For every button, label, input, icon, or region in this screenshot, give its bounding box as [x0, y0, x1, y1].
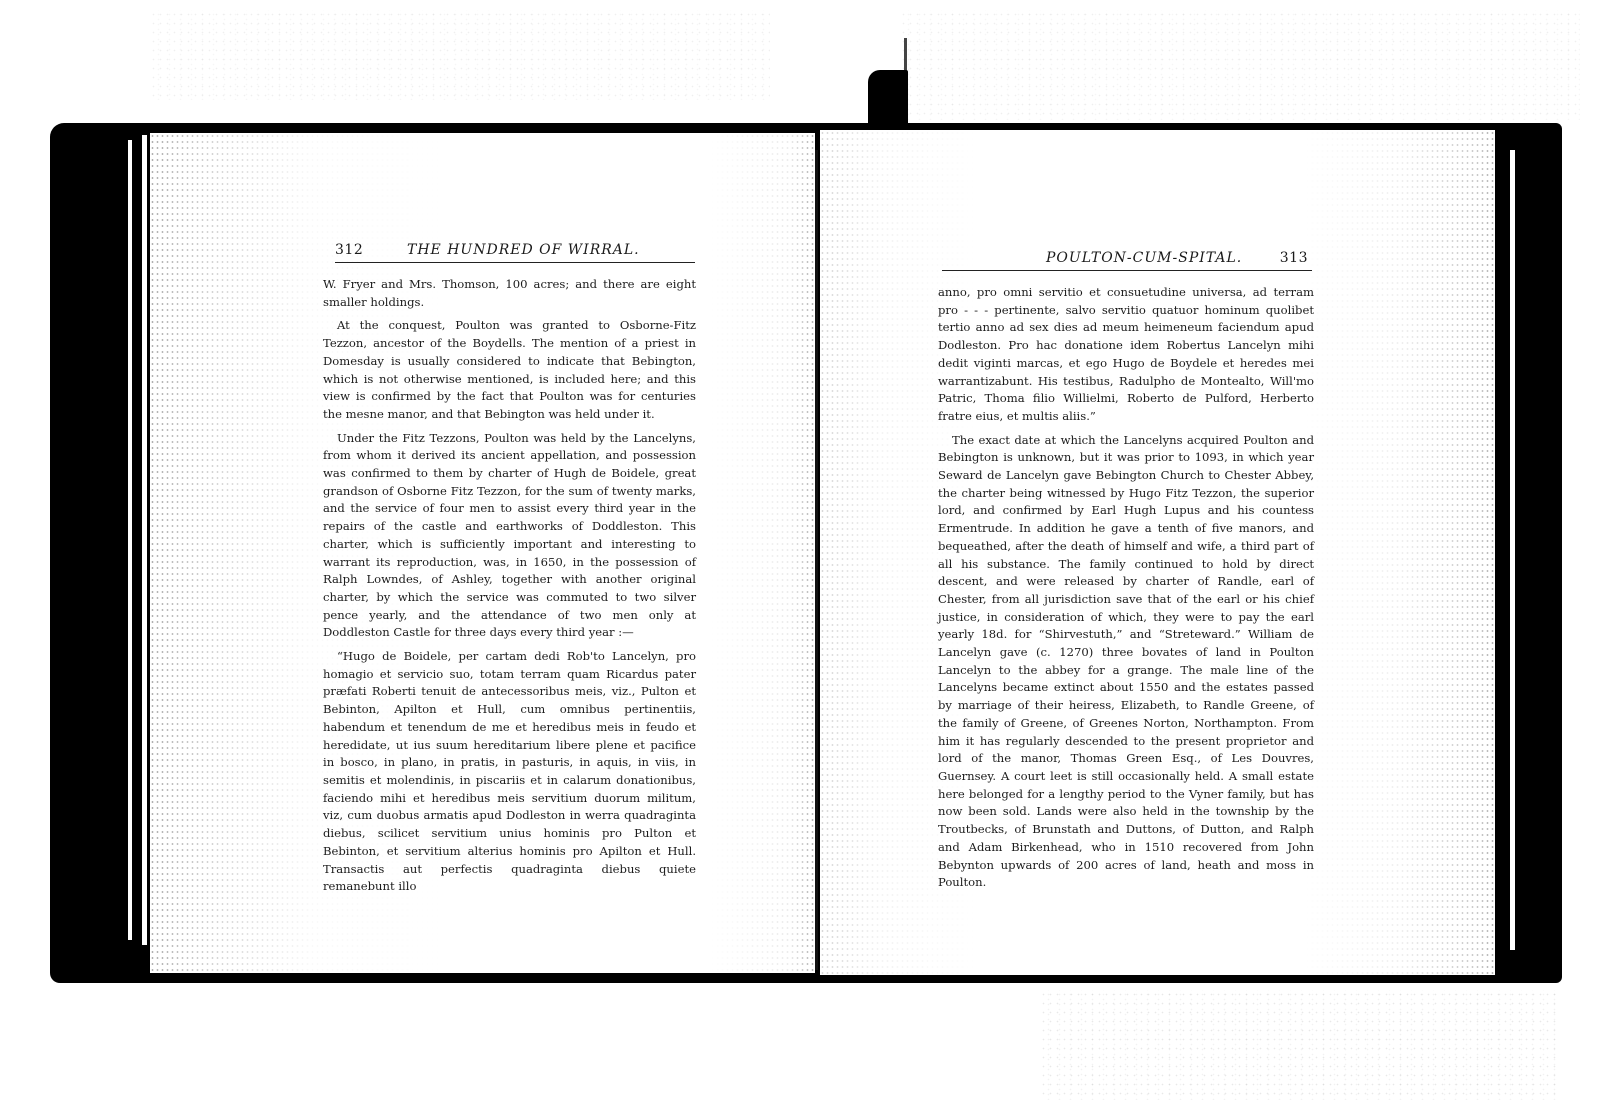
- left-page-body: W. Fryer and Mrs. Thomson, 100 acres; an…: [323, 276, 696, 902]
- paragraph: W. Fryer and Mrs. Thomson, 100 acres; an…: [323, 276, 696, 311]
- right-page-body: anno, pro omni servitio et consuetudine …: [938, 284, 1314, 898]
- scan-noise: [900, 10, 1580, 120]
- running-title: THE HUNDRED OF WIRRAL.: [407, 242, 640, 258]
- book-gutter: [815, 150, 818, 970]
- scan-noise: [150, 10, 770, 100]
- scan-noise: [1040, 990, 1560, 1100]
- running-title: POULTON-CUM-SPITAL.: [1046, 250, 1242, 266]
- page-number: 313: [1280, 250, 1308, 266]
- right-running-head: POULTON-CUM-SPITAL. 313: [942, 248, 1312, 271]
- page-edge: [128, 140, 132, 940]
- charter-quote: “Hugo de Boidele, per cartam dedi Rob'to…: [323, 648, 696, 896]
- charter-quote-continued: anno, pro omni servitio et consuetudine …: [938, 284, 1314, 426]
- page-number: 312: [335, 242, 363, 258]
- page-edge: [1510, 150, 1515, 950]
- page-edge: [142, 135, 147, 945]
- paragraph: Under the Fitz Tezzons, Poulton was held…: [323, 430, 696, 642]
- paragraph: At the conquest, Poulton was granted to …: [323, 317, 696, 423]
- left-running-head: 312 THE HUNDRED OF WIRRAL.: [335, 240, 695, 263]
- paragraph: The exact date at which the Lancelyns ac…: [938, 432, 1314, 892]
